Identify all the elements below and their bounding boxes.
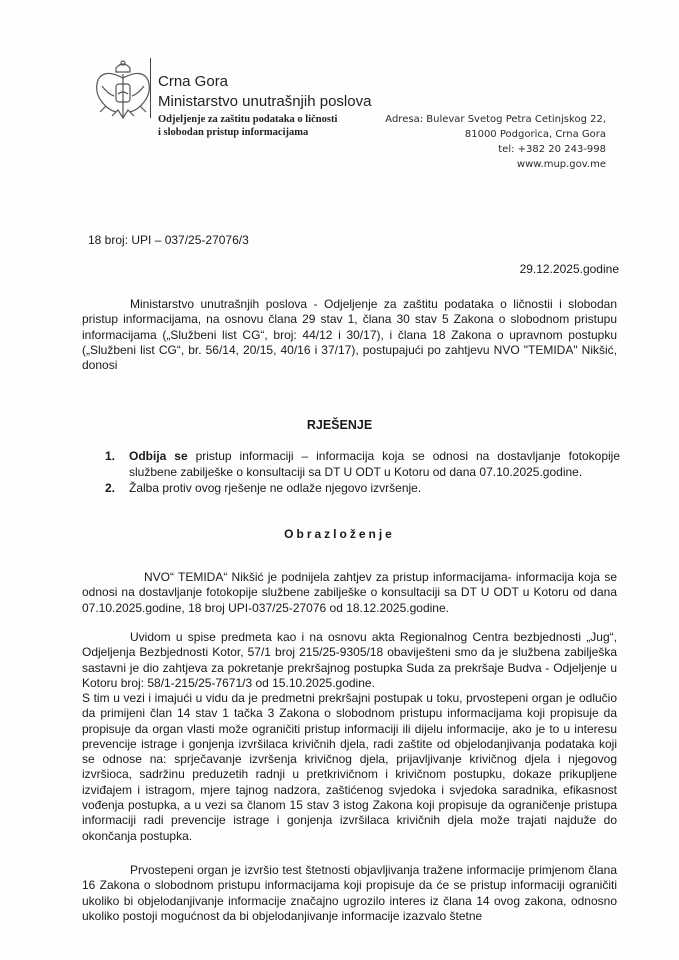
department-line-1: Odjeljenje za zaštitu podataka o ličnost… — [158, 113, 337, 126]
item-number: 2. — [105, 480, 129, 496]
intro-paragraph: Ministarstvo unutrašnjih poslova - Odjel… — [82, 297, 617, 373]
website: www.mup.gov.me — [385, 157, 606, 172]
item-number: 1. — [105, 448, 129, 480]
country-name: Crna Gora — [158, 73, 228, 90]
document-date: 29.12.2025.godine — [520, 262, 619, 276]
explanation-paragraph-1: NVO“ TEMIDA“ Nikšić je podnijela zahtjev… — [82, 570, 617, 616]
explanation-paragraph-2: Uvidom u spise predmeta kao i na osnovu … — [82, 630, 617, 691]
item-text: Žalba protiv ovog rješenje ne odlaže nje… — [129, 480, 620, 496]
paragraph-text: Prvostepeni organ je izvršio test štetno… — [82, 863, 617, 923]
department-line-2: i slobodan pristup informacijama — [158, 126, 337, 139]
item-bold-lead: Odbija se — [129, 449, 188, 463]
decision-item-2: 2. Žalba protiv ovog rješenje ne odlaže … — [105, 480, 620, 496]
department-name: Odjeljenje za zaštitu podataka o ličnost… — [158, 113, 337, 139]
decision-item-1: 1. Odbija se pristup informaciji – infor… — [105, 448, 620, 480]
item-text: pristup informaciji – informacija koja s… — [129, 449, 620, 479]
paragraph-text: S tim u vezi i imajući u vidu da je pred… — [82, 691, 617, 843]
decision-title: RJEŠENJE — [0, 418, 679, 432]
explanation-paragraph-4: Prvostepeni organ je izvršio test štetno… — [82, 863, 617, 924]
address-line-2: 81000 Podgorica, Crna Gora — [385, 127, 606, 142]
explanation-paragraph-3: S tim u vezi i imajući u vidu da je pred… — [82, 691, 617, 844]
phone: tel: +382 20 243-998 — [385, 142, 606, 157]
paragraph-text: Uvidom u spise predmeta kao i na osnovu … — [82, 630, 617, 690]
decision-list: 1. Odbija se pristup informaciji – infor… — [105, 448, 620, 496]
explanation-title: Obrazloženje — [0, 527, 679, 541]
address-line-1: Adresa: Bulevar Svetog Petra Cetinjskog … — [385, 112, 606, 127]
coat-of-arms-icon — [92, 58, 154, 126]
header-divider — [150, 58, 151, 118]
document-page: Crna Gora Ministarstvo unutrašnjih poslo… — [0, 0, 679, 960]
paragraph-text: NVO“ TEMIDA“ Nikšić je podnijela zahtjev… — [82, 570, 617, 615]
contact-block: Adresa: Bulevar Svetog Petra Cetinjskog … — [385, 112, 606, 172]
reference-number: 18 broj: UPI – 037/25-27076/3 — [88, 233, 249, 247]
intro-text: Ministarstvo unutrašnjih poslova - Odjel… — [82, 297, 617, 372]
ministry-name: Ministarstvo unutrašnjih poslova — [158, 93, 371, 110]
